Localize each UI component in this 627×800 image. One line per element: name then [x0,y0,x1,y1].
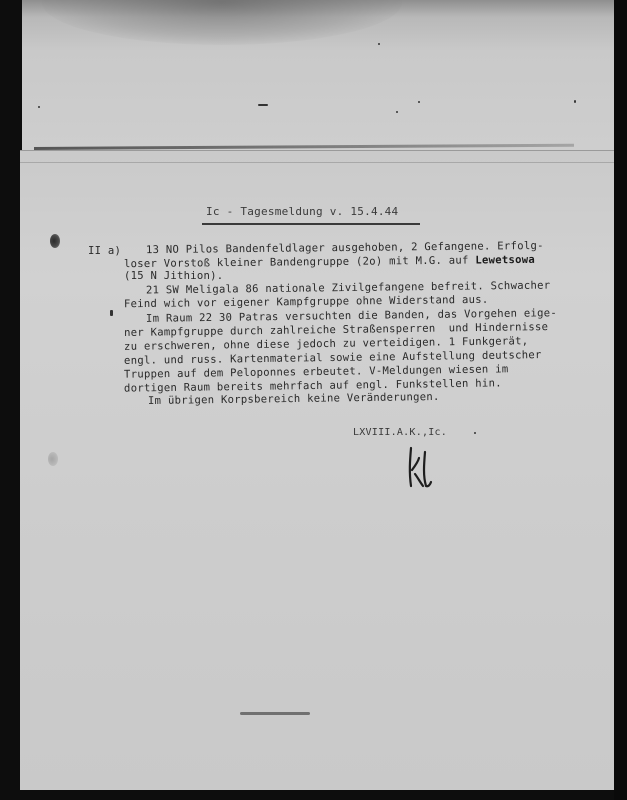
dust-speck [258,104,268,106]
hole-punch-icon [50,234,60,248]
section-label: II a) [88,245,121,257]
dust-speck [474,432,476,434]
shadow-smudge [42,0,402,45]
dust-speck [418,101,420,103]
title-underline [202,223,420,225]
scan-border [614,0,627,800]
dust-speck [110,310,113,316]
dust-speck [574,100,576,103]
document-title: Ic - Tagesmeldung v. 15.4.44 [206,205,398,218]
scanned-document: Ic - Tagesmeldung v. 15.4.44 II a) 13 NO… [0,0,627,800]
hole-punch-icon [48,452,58,466]
unit-signature-block: LXVIII.A.K.,Ic. [353,427,447,438]
dust-speck [38,106,40,108]
report-line: (15 N Jithion). [124,270,223,282]
handwritten-signature-icon [405,440,435,490]
dust-speck [378,43,380,45]
dust-speck [396,111,398,113]
sheet-fold-line [20,162,614,163]
ink-smudge [240,712,310,715]
place-name: Lewetsowa [475,254,535,267]
